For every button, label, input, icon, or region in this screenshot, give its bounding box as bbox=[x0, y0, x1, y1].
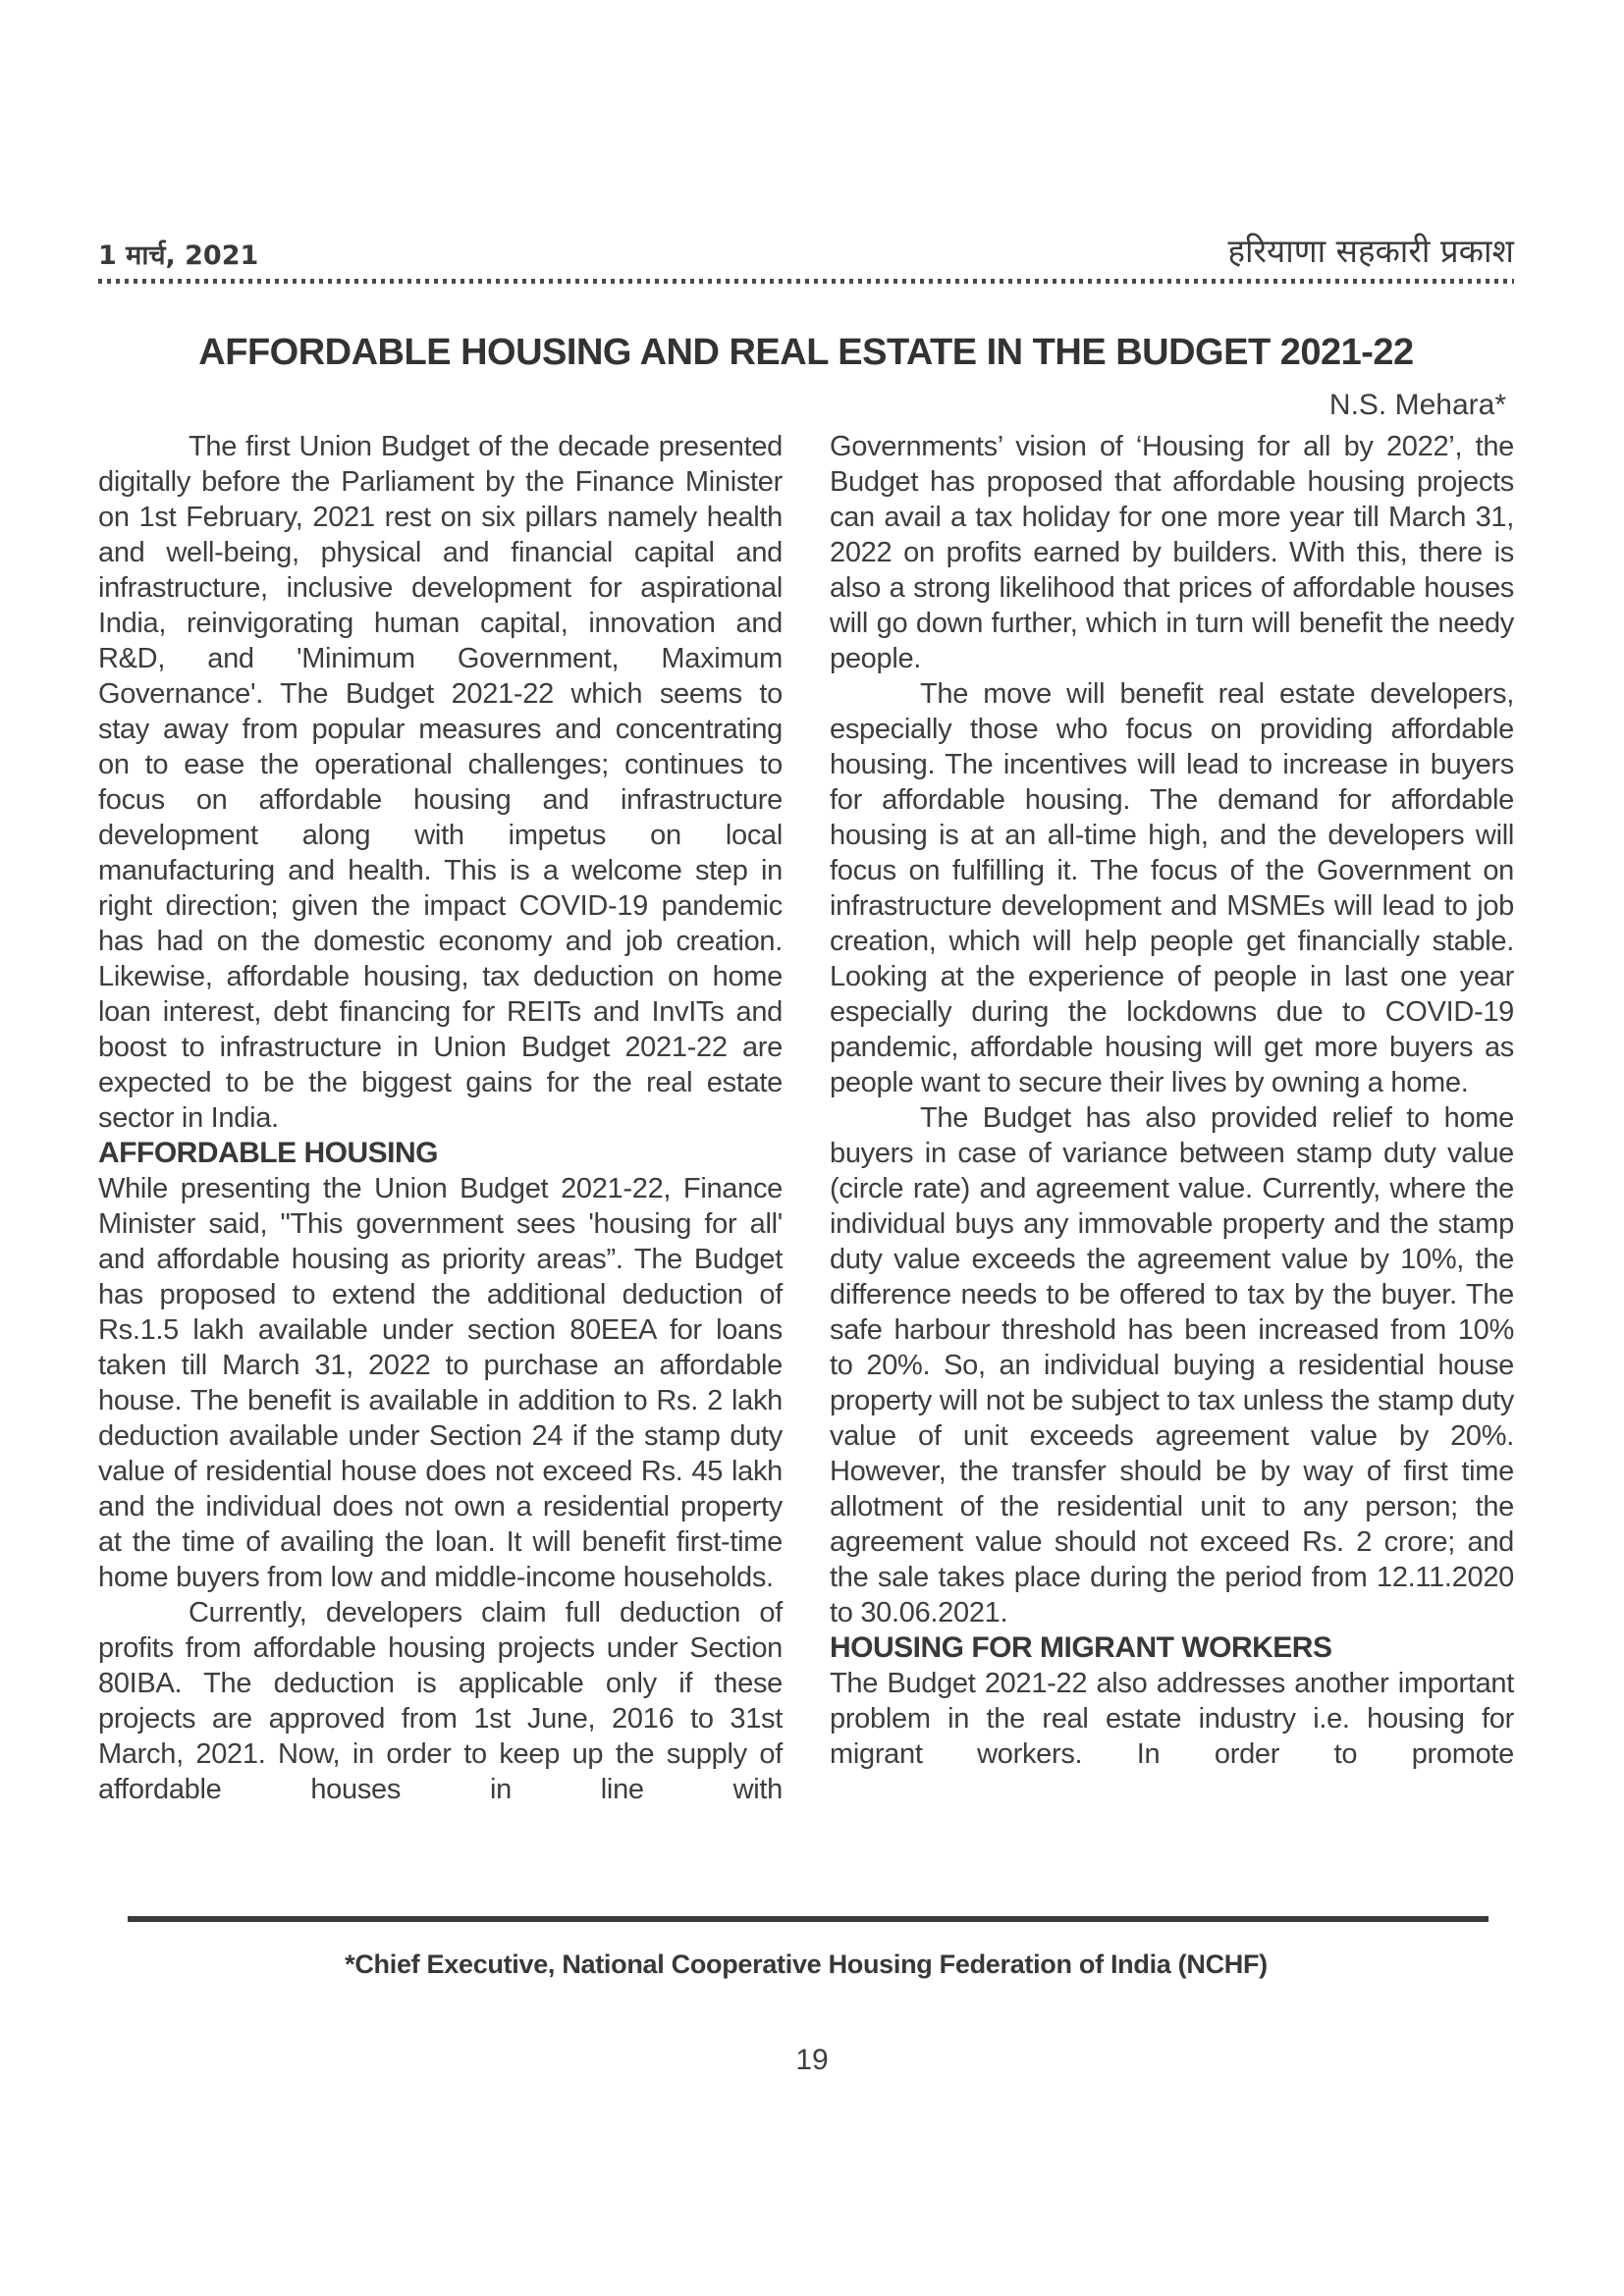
paragraph: While presenting the Union Budget 2021-2… bbox=[98, 1171, 783, 1595]
paragraph: The first Union Budget of the decade pre… bbox=[98, 429, 783, 1136]
article-body: The first Union Budget of the decade pre… bbox=[98, 429, 1514, 1807]
header-publication-title: हरियाणा सहकारी प्रकाश bbox=[1227, 228, 1514, 272]
dotted-divider bbox=[98, 279, 1514, 284]
page-number: 19 bbox=[0, 2044, 1624, 2077]
paragraph: The Budget has also provided relief to h… bbox=[830, 1100, 1514, 1630]
paragraph: The move will benefit real estate develo… bbox=[830, 676, 1514, 1100]
section-heading-housing-for-migrant-workers: HOUSING FOR MIGRANT WORKERS bbox=[830, 1630, 1514, 1666]
right-column: Governments’ vision of ‘Housing for all … bbox=[830, 429, 1514, 1807]
header-date: 1 मार्च, 2021 bbox=[98, 236, 258, 272]
footnote-divider bbox=[128, 1916, 1489, 1922]
document-page: 1 मार्च, 2021 हरियाणा सहकारी प्रकाश AFFO… bbox=[0, 0, 1624, 2296]
paragraph: Currently, developers claim full deducti… bbox=[98, 1595, 783, 1807]
paragraph: Governments’ vision of ‘Housing for all … bbox=[830, 429, 1514, 676]
article-author: N.S. Mehara* bbox=[1329, 389, 1506, 422]
paragraph: The Budget 2021-22 also addresses anothe… bbox=[830, 1666, 1514, 1772]
page-header: 1 मार्च, 2021 हरियाणा सहकारी प्रकाश bbox=[98, 228, 1514, 272]
section-heading-affordable-housing: AFFORDABLE HOUSING bbox=[98, 1136, 783, 1171]
author-footnote: *Chief Executive, National Cooperative H… bbox=[98, 1949, 1514, 1980]
left-column: The first Union Budget of the decade pre… bbox=[98, 429, 783, 1807]
article-title: AFFORDABLE HOUSING AND REAL ESTATE IN TH… bbox=[98, 332, 1514, 374]
